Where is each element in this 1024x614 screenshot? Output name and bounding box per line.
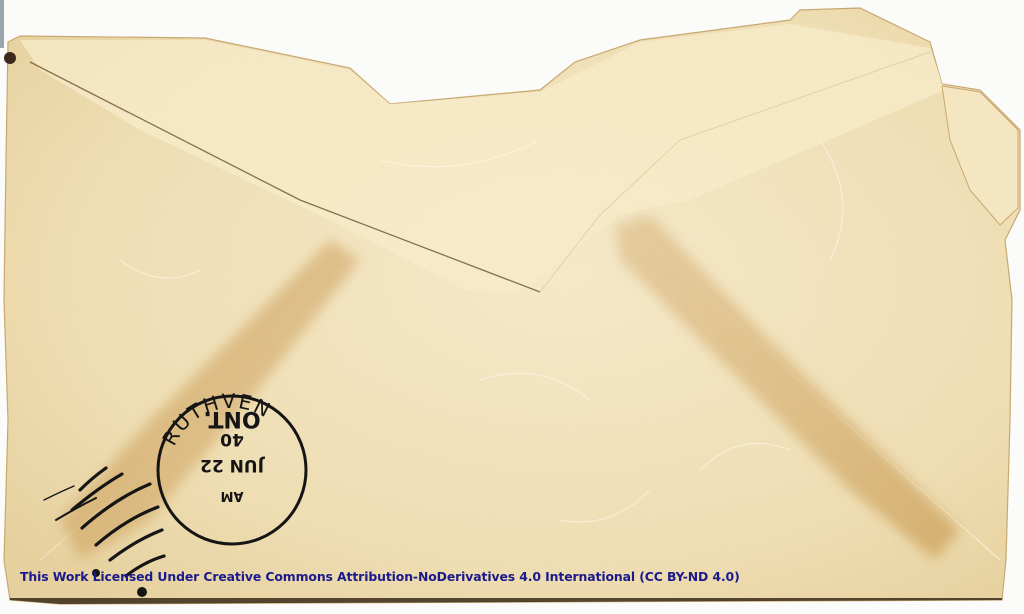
postmark-province: ONT.	[203, 406, 260, 431]
license-caption: This Work Licensed Under Creative Common…	[20, 569, 740, 584]
postmark-date: JUN 22	[200, 455, 265, 475]
postmark-year: 40	[220, 429, 244, 449]
envelope-photo: RUTHVEN ONT. 40 JUN 22 AM	[0, 0, 1024, 614]
postmark-time: AM	[221, 488, 244, 503]
